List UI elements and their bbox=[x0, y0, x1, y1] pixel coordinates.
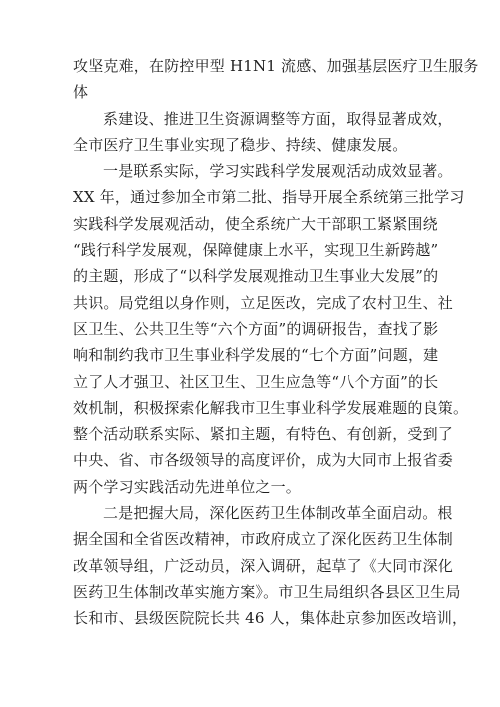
text-line: 响和制约我市卫生事业科学发展的“七个方面”问题，建 bbox=[73, 342, 440, 368]
text-line: 中央、省、市各级领导的高度评价，成为大同市上报省委 bbox=[73, 447, 440, 473]
text-line: 的主题，形成了“以科学发展观推动卫生事业大发展”的 bbox=[73, 263, 440, 289]
text-line: 两个学习实践活动先进单位之一。 bbox=[73, 474, 440, 500]
text-line: 效机制，积极探索化解我市卫生事业科学发展难题的良策。 bbox=[73, 395, 440, 421]
text-line: 整个活动联系实际、紧扣主题，有特色、有创新，受到了 bbox=[73, 421, 440, 447]
text-line: 区卫生、公共卫生等“六个方面”的调研报告，查找了影 bbox=[73, 316, 440, 342]
document-body: 攻坚克难，在防控甲型 H1N1 流感、加强基层医疗卫生服务体系建设、推进卫生资源… bbox=[73, 53, 440, 632]
text-line: 一是联系实际，学习实践科学发展观活动成效显著。 bbox=[73, 158, 440, 184]
text-line: 攻坚克难，在防控甲型 H1N1 流感、加强基层医疗卫生服务 bbox=[73, 53, 440, 79]
text-line: 共识。局党组以身作则，立足医改，完成了农村卫生、社 bbox=[73, 290, 440, 316]
text-line: 系建设、推进卫生资源调整等方面，取得显著成效， bbox=[73, 106, 440, 132]
text-line: 据全国和全省医改精神，市政府成立了深化医药卫生体制 bbox=[73, 526, 440, 552]
text-line: 立了人才强卫、社区卫生、卫生应急等“八个方面”的长 bbox=[73, 369, 440, 395]
document-page: 攻坚克难，在防控甲型 H1N1 流感、加强基层医疗卫生服务体系建设、推进卫生资源… bbox=[0, 0, 500, 707]
text-line: 全市医疗卫生事业实现了稳步、持续、健康发展。 bbox=[73, 132, 440, 158]
text-line: 体 bbox=[73, 79, 440, 105]
text-line: 长和市、县级医院院长共 46 人，集体赴京参加医改培训， bbox=[73, 605, 440, 631]
text-line: 实践科学发展观活动，使全系统广大干部职工紧紧围绕 bbox=[73, 211, 440, 237]
text-line: XX 年，通过参加全市第二批、指导开展全系统第三批学习 bbox=[73, 184, 440, 210]
text-line: 改革领导组，广泛动员，深入调研，起草了《大同市深化 bbox=[73, 553, 440, 579]
text-line: 二是把握大局，深化医药卫生体制改革全面启动。根 bbox=[73, 500, 440, 526]
text-line: “践行科学发展观，保障健康上水平，实现卫生新跨越” bbox=[73, 237, 440, 263]
text-line: 医药卫生体制改革实施方案》。市卫生局组织各县区卫生局 bbox=[73, 579, 440, 605]
